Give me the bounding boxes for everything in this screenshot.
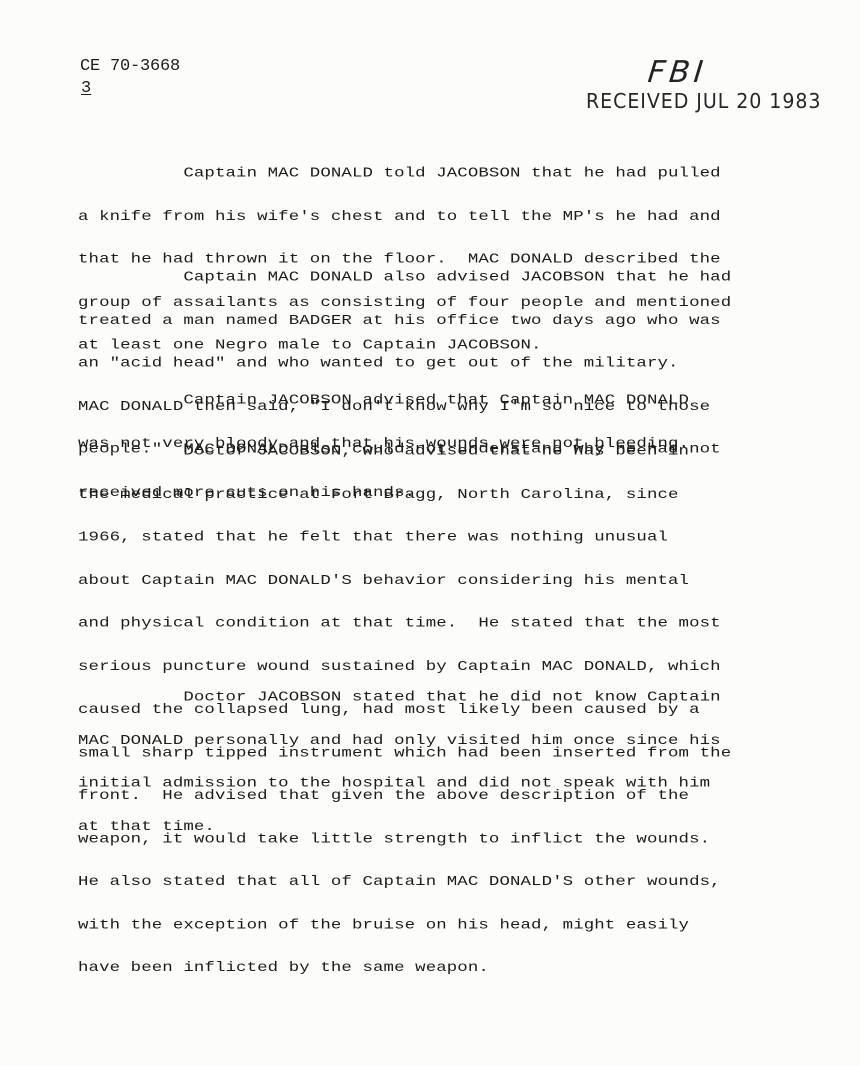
text-line: Captain JACOBSON advised that Captain MA…: [78, 394, 689, 408]
document-page: CE 70-3668 3 FBI RECEIVED JUL 20 1983 Ca…: [0, 0, 860, 1066]
text-line: a knife from his wife's chest and to tel…: [78, 210, 731, 224]
file-number: CE 70-3668: [80, 57, 180, 77]
text-line: treated a man named BADGER at his office…: [78, 314, 731, 328]
text-line: Captain MAC DONALD told JACOBSON that he…: [78, 167, 731, 181]
text-line: at that time.: [78, 820, 721, 834]
text-line: have been inflicted by the same weapon.: [78, 961, 731, 975]
text-line: Doctor JACOBSON stated that he did not k…: [78, 691, 721, 705]
text-line: about Captain MAC DONALD'S behavior cons…: [78, 574, 731, 588]
text-line: 1966, stated that he felt that there was…: [78, 531, 731, 545]
paragraph-5: Doctor JACOBSON stated that he did not k…: [78, 662, 721, 863]
text-line: He also stated that all of Captain MAC D…: [78, 875, 731, 889]
text-line: and physical condition at that time. He …: [78, 617, 731, 631]
text-line: initial admission to the hospital and di…: [78, 777, 721, 791]
text-line: with the exception of the bruise on his …: [78, 918, 731, 932]
text-line: Captain MAC DONALD also advised JACOBSON…: [78, 271, 731, 285]
text-line: Doctor JACOBSON, who advised that he has…: [78, 445, 731, 459]
fbi-handwritten-mark: FBI: [646, 55, 708, 90]
page-number: 3: [81, 79, 91, 99]
text-line: MAC DONALD personally and had only visit…: [78, 734, 721, 748]
received-date-stamp: RECEIVED JUL 20 1983: [586, 89, 821, 113]
text-line: the medical practice at Fort Bragg, Nort…: [78, 488, 731, 502]
